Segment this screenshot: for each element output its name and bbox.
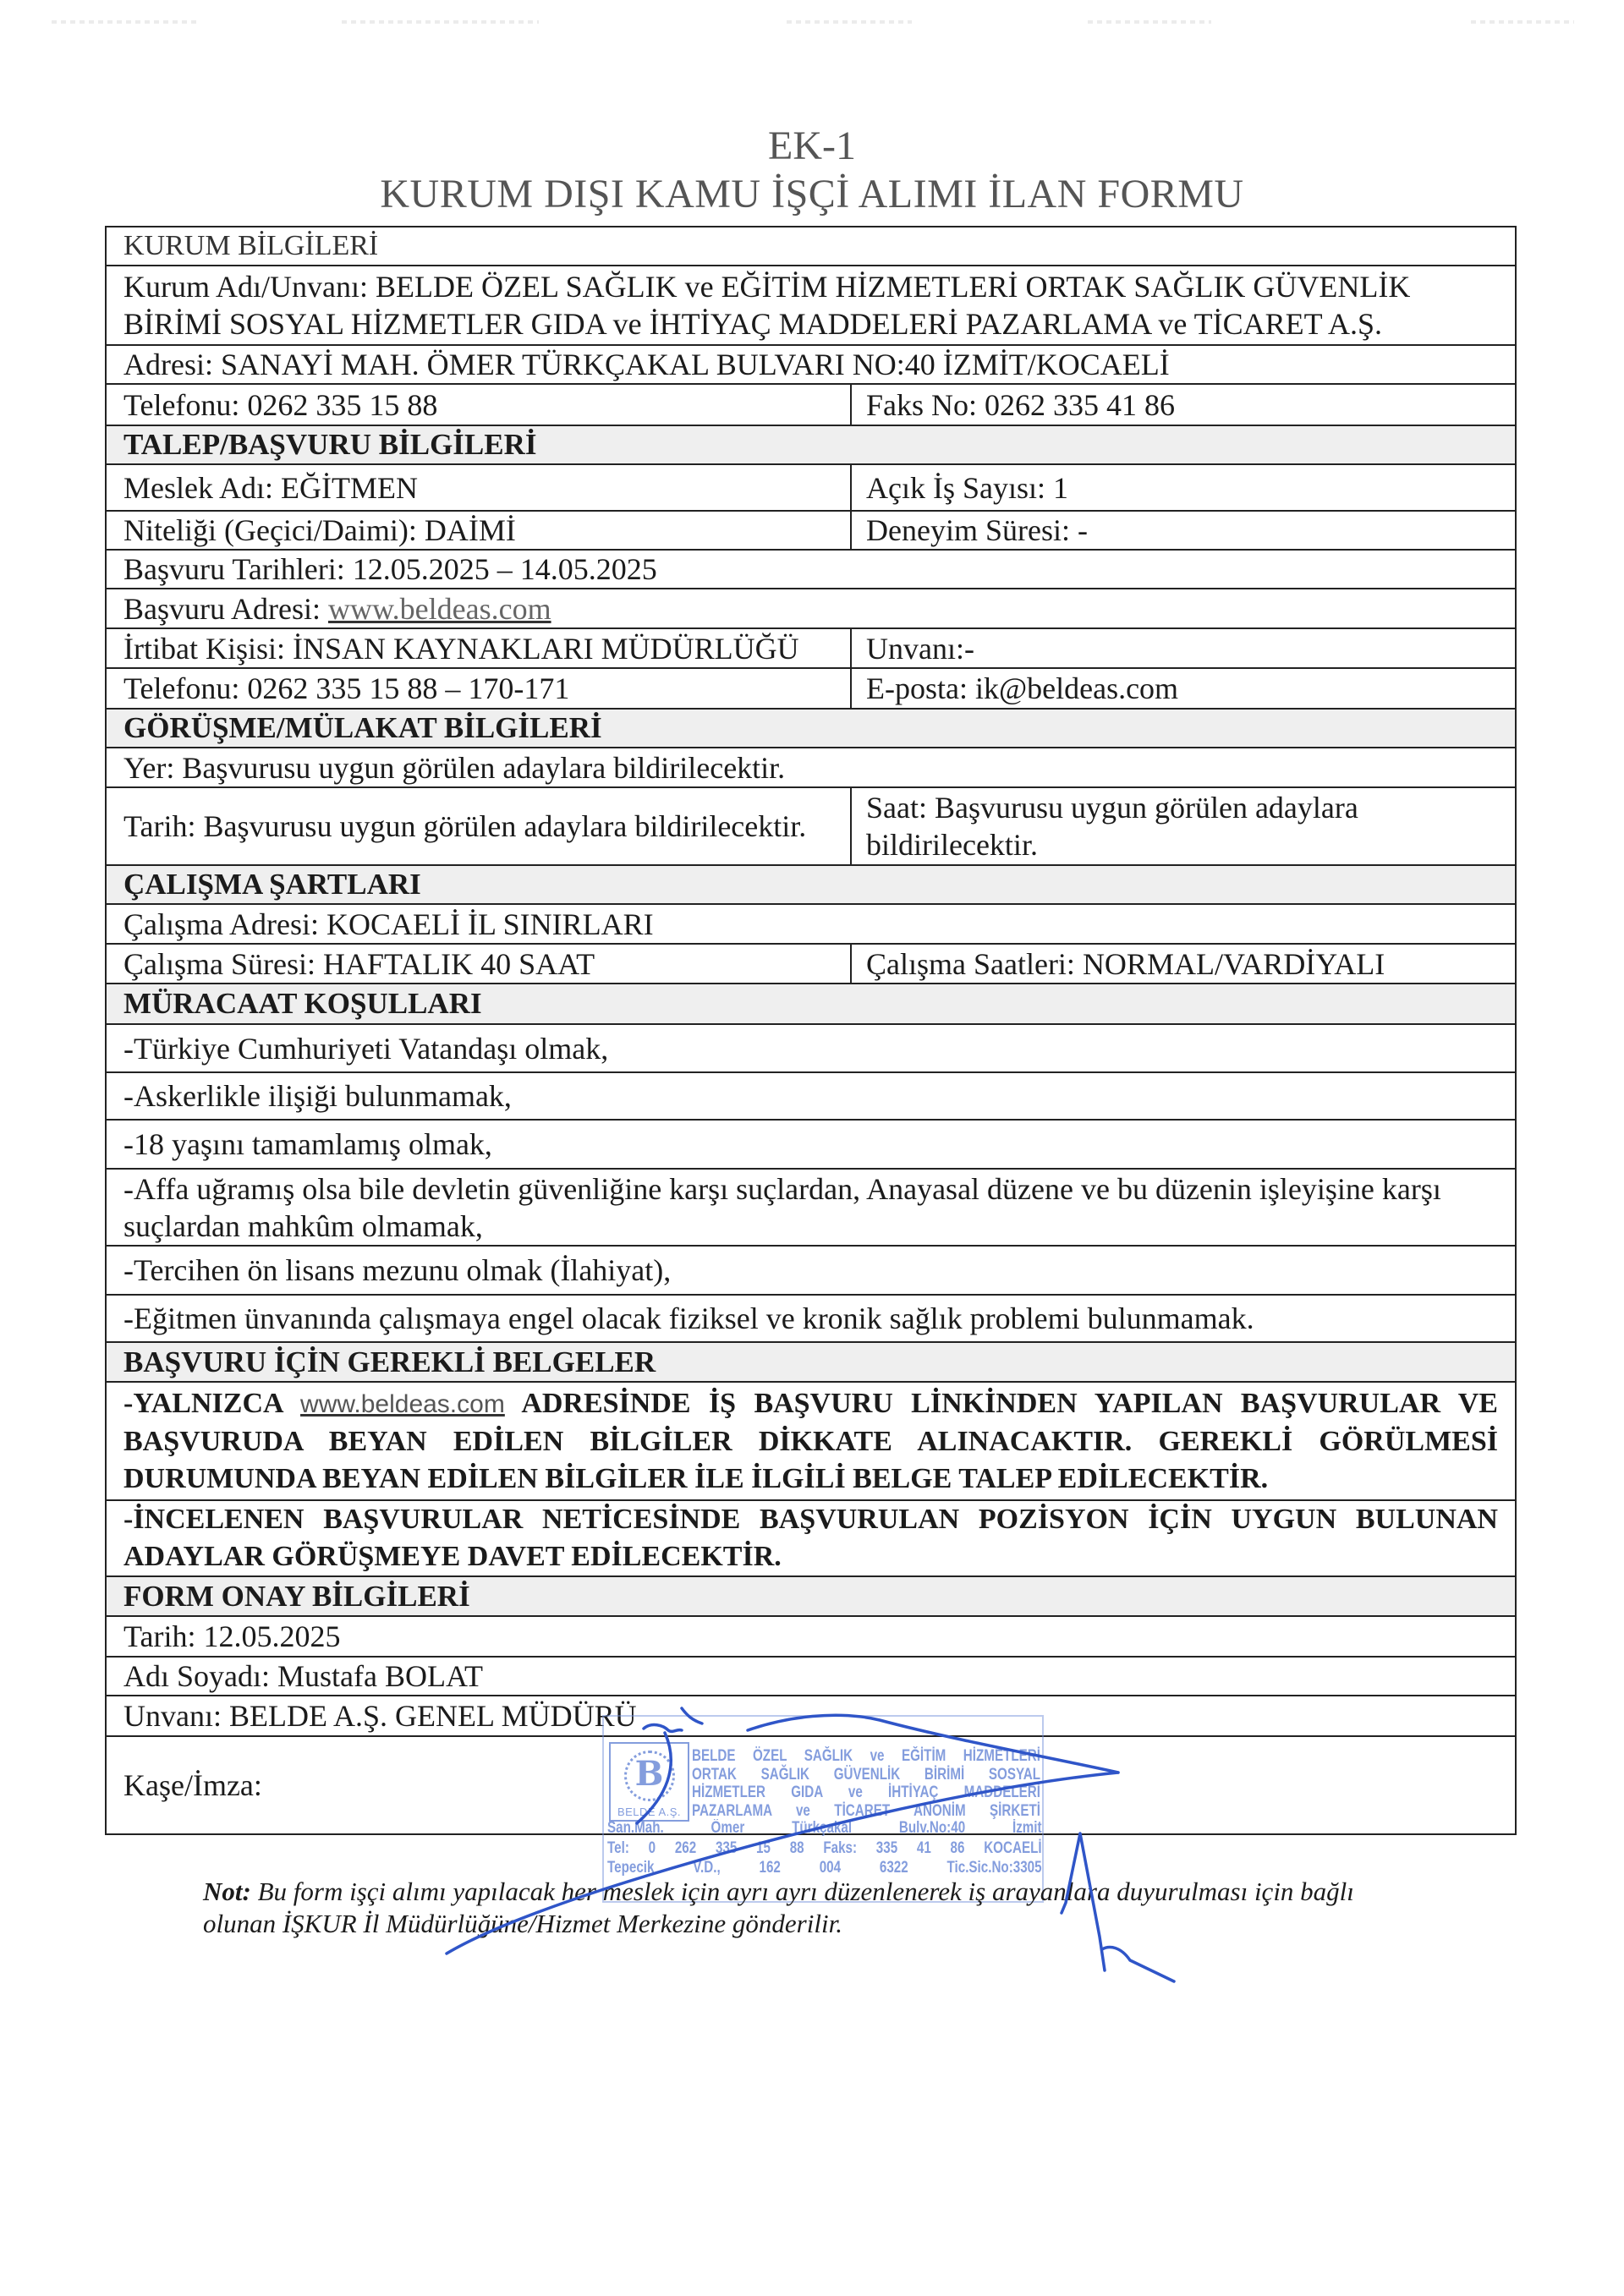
footnote-label: Not: [203, 1877, 251, 1906]
contact-phone: Telefonu: 0262 335 15 88 – 170-171 [123, 670, 569, 707]
section-header-application: TALEP/BAŞVURU BİLGİLERİ [107, 425, 1515, 463]
contact-person-row: İrtibat Kişisi: İNSAN KAYNAKLARI MÜDÜRLÜ… [107, 627, 1515, 667]
employment-nature: Niteliği (Geçici/Daimi): DAİMİ [123, 512, 516, 549]
stamp-line: BELDE ÖZEL SAĞLIK ve EĞİTİM HİZMETLERİ [692, 1747, 1040, 1766]
stamp-company-name: BELDE ÖZEL SAĞLIK ve EĞİTİM HİZMETLERİ O… [692, 1747, 1040, 1820]
work-hours-row: Çalışma Süresi: HAFTALIK 40 SAAT Çalışma… [107, 943, 1515, 983]
contact-title: Unvanı:- [866, 630, 974, 667]
application-website-link[interactable]: www.beldeas.com [328, 590, 551, 627]
institution-phone: Telefonu: 0262 335 15 88 [123, 386, 437, 424]
institution-address: Adresi: SANAYİ MAH. ÖMER TÜRKÇAKAL BULVA… [123, 346, 1170, 383]
interview-place-row: Yer: Başvurusu uygun görülen adaylara bi… [107, 747, 1515, 786]
section-header-institution: KURUM BİLGİLERİ [107, 227, 1515, 265]
requirement-item: -Affa uğramış olsa bile devletin güvenli… [107, 1168, 1515, 1245]
logo-emblem-icon: B [611, 1756, 688, 1793]
work-address-row: Çalışma Adresi: KOCAELİ İL SINIRLARI [107, 903, 1515, 943]
requirement-item: -Tercihen ön lisans mezunu olmak (İlahiy… [107, 1245, 1515, 1294]
contact-email: E-posta: ik@beldeas.com [866, 670, 1178, 707]
requirement-item: -Eğitmen ünvanında çalışmaya engel olaca… [107, 1294, 1515, 1341]
section-title: FORM ONAY BİLGİLERİ [123, 1578, 470, 1615]
application-dates: Başvuru Tarihleri: 12.05.2025 – 14.05.20… [123, 551, 657, 588]
approver-name: Adı Soyadı: Mustafa BOLAT [123, 1658, 483, 1695]
section-header-interview: GÖRÜŞME/MÜLAKAT BİLGİLERİ [107, 708, 1515, 747]
scan-noise [1471, 20, 1574, 24]
announcement-form-table: KURUM BİLGİLERİ Kurum Adı/Unvanı: BELDE … [105, 226, 1517, 1835]
section-title: KURUM BİLGİLERİ [123, 227, 378, 265]
institution-address-row: Adresi: SANAYİ MAH. ÖMER TÜRKÇAKAL BULVA… [107, 344, 1515, 383]
company-stamp: B BELDE A.Ş. BELDE ÖZEL SAĞLIK ve EĞİTİM… [602, 1715, 1044, 1903]
section-header-approval: FORM ONAY BİLGİLERİ [107, 1575, 1515, 1615]
interview-date: Tarih: Başvurusu uygun görülen adaylara … [123, 808, 806, 845]
work-address: Çalışma Adresi: KOCAELİ İL SINIRLARI [123, 906, 654, 943]
requirement-item: -18 yaşını tamamlamış olmak, [107, 1119, 1515, 1168]
company-logo: B BELDE A.Ş. [609, 1742, 689, 1822]
footnote: Not: Bu form işçi alımı yapılacak her me… [203, 1876, 1354, 1940]
document-page: EK-1 KURUM DIŞI KAMU İŞÇİ ALIMI İLAN FOR… [0, 0, 1624, 2296]
occupation: Meslek Adı: EĞİTMEN [123, 469, 418, 507]
requirement-text: -Askerlikle ilişiği bulunmamak, [123, 1077, 512, 1115]
footnote-line: Bu form işçi alımı yapılacak her meslek … [251, 1877, 1354, 1906]
institution-name: Kurum Adı/Unvanı: BELDE ÖZEL SAĞLIK ve E… [123, 268, 1456, 342]
application-address-row: Başvuru Adresi: www.beldeas.com [107, 588, 1515, 627]
stamp-line: San.Mah. Ömer Türkçakal Bulv.No:40 İzmit [607, 1818, 1042, 1838]
requirement-text: -Affa uğramış olsa bile devletin güvenli… [123, 1170, 1456, 1245]
approver-title: Unvanı: BELDE A.Ş. GENEL MÜDÜRÜ [123, 1697, 637, 1734]
footnote-line: olunan İŞKUR İl Müdürlüğüne/Hizmet Merke… [203, 1908, 1354, 1940]
experience-duration: Deneyim Süresi: - [866, 512, 1088, 549]
requirement-text: -18 yaşını tamamlamış olmak, [123, 1126, 492, 1163]
website-link[interactable]: www.beldeas.com [300, 1390, 505, 1418]
requirement-item: -Türkiye Cumhuriyeti Vatandaşı olmak, [107, 1023, 1515, 1071]
documents-paragraph-row: -İNCELENEN BAŞVURULAR NETİCESİNDE BAŞVUR… [107, 1499, 1515, 1575]
stamp-company-address: San.Mah. Ömer Türkçakal Bulv.No:40 İzmit… [607, 1818, 1042, 1878]
open-positions: Açık İş Sayısı: 1 [866, 469, 1068, 507]
section-title: BAŞVURU İÇİN GEREKLİ BELGELER [123, 1344, 656, 1381]
section-header-requirements: MÜRACAAT KOŞULLARI [107, 983, 1515, 1023]
institution-fax: Faks No: 0262 335 41 86 [866, 386, 1175, 424]
interview-time: Saat: Başvurusu uygun görülen adaylara b… [866, 789, 1498, 863]
documents-paragraph-interview-invite: -İNCELENEN BAŞVURULAR NETİCESİNDE BAŞVUR… [123, 1501, 1498, 1575]
requirement-text: -Türkiye Cumhuriyeti Vatandaşı olmak, [123, 1030, 608, 1067]
nature-row: Niteliği (Geçici/Daimi): DAİMİ Deneyim S… [107, 510, 1515, 549]
application-address-label: Başvuru Adresi: [123, 590, 328, 627]
stamp-line: Tel: 0 262 335 15 88 Faks: 335 41 86 KOC… [607, 1838, 1042, 1859]
approval-date-row: Tarih: 12.05.2025 [107, 1615, 1515, 1656]
logo-text: BELDE A.Ş. [611, 1806, 688, 1818]
documents-paragraph-online-application: -YALNIZCA www.beldeas.com ADRESİNDE İŞ B… [123, 1385, 1498, 1498]
application-dates-row: Başvuru Tarihleri: 12.05.2025 – 14.05.20… [107, 549, 1515, 588]
stamp-line: ORTAK SAĞLIK GÜVENLİK BİRİMİ SOSYAL [692, 1766, 1040, 1784]
requirement-text: -Eğitmen ünvanında çalışmaya engel olaca… [123, 1300, 1254, 1337]
section-title: TALEP/BAŞVURU BİLGİLERİ [123, 426, 537, 463]
form-title: KURUM DIŞI KAMU İŞÇİ ALIMI İLAN FORMU [0, 174, 1624, 215]
approval-date: Tarih: 12.05.2025 [123, 1618, 340, 1655]
work-duration: Çalışma Süresi: HAFTALIK 40 SAAT [123, 945, 595, 983]
scan-noise [1088, 20, 1211, 24]
stamp-line: PAZARLAMA ve TİCARET ANONİM ŞİRKETİ [692, 1802, 1040, 1821]
scan-noise [52, 20, 197, 24]
annex-label: EK-1 [0, 126, 1624, 167]
institution-name-row: Kurum Adı/Unvanı: BELDE ÖZEL SAĞLIK ve E… [107, 265, 1515, 344]
stamp-line: Tepecik V.D., 162 004 6322 Tic.Sic.No:33… [607, 1858, 1042, 1878]
interview-datetime-row: Tarih: Başvurusu uygun görülen adaylara … [107, 786, 1515, 864]
work-schedule: Çalışma Saatleri: NORMAL/VARDİYALI [866, 945, 1385, 983]
section-title: ÇALIŞMA ŞARTLARI [123, 866, 421, 903]
occupation-row: Meslek Adı: EĞİTMEN Açık İş Sayısı: 1 [107, 463, 1515, 510]
paragraph-prefix: -YALNIZCA [123, 1388, 300, 1419]
contact-phone-row: Telefonu: 0262 335 15 88 – 170-171 E-pos… [107, 667, 1515, 708]
section-title: MÜRACAAT KOŞULLARI [123, 985, 482, 1022]
stamp-signature-label: Kaşe/İmza: [123, 1767, 262, 1804]
approver-name-row: Adı Soyadı: Mustafa BOLAT [107, 1656, 1515, 1695]
requirement-text: -Tercihen ön lisans mezunu olmak (İlahiy… [123, 1252, 671, 1289]
section-title: GÖRÜŞME/MÜLAKAT BİLGİLERİ [123, 710, 602, 747]
stamp-line: HİZMETLER GIDA ve İHTİYAÇ MADDELERİ [692, 1784, 1040, 1802]
documents-paragraph-row: -YALNIZCA www.beldeas.com ADRESİNDE İŞ B… [107, 1381, 1515, 1499]
scan-noise [342, 20, 539, 24]
scan-noise [787, 20, 912, 24]
institution-contact-row: Telefonu: 0262 335 15 88 Faks No: 0262 3… [107, 383, 1515, 425]
interview-place: Yer: Başvurusu uygun görülen adaylara bi… [123, 749, 785, 786]
section-header-working-conditions: ÇALIŞMA ŞARTLARI [107, 864, 1515, 903]
contact-person: İrtibat Kişisi: İNSAN KAYNAKLARI MÜDÜRLÜ… [123, 630, 799, 667]
section-header-documents: BAŞVURU İÇİN GEREKLİ BELGELER [107, 1341, 1515, 1381]
requirement-item: -Askerlikle ilişiği bulunmamak, [107, 1071, 1515, 1119]
